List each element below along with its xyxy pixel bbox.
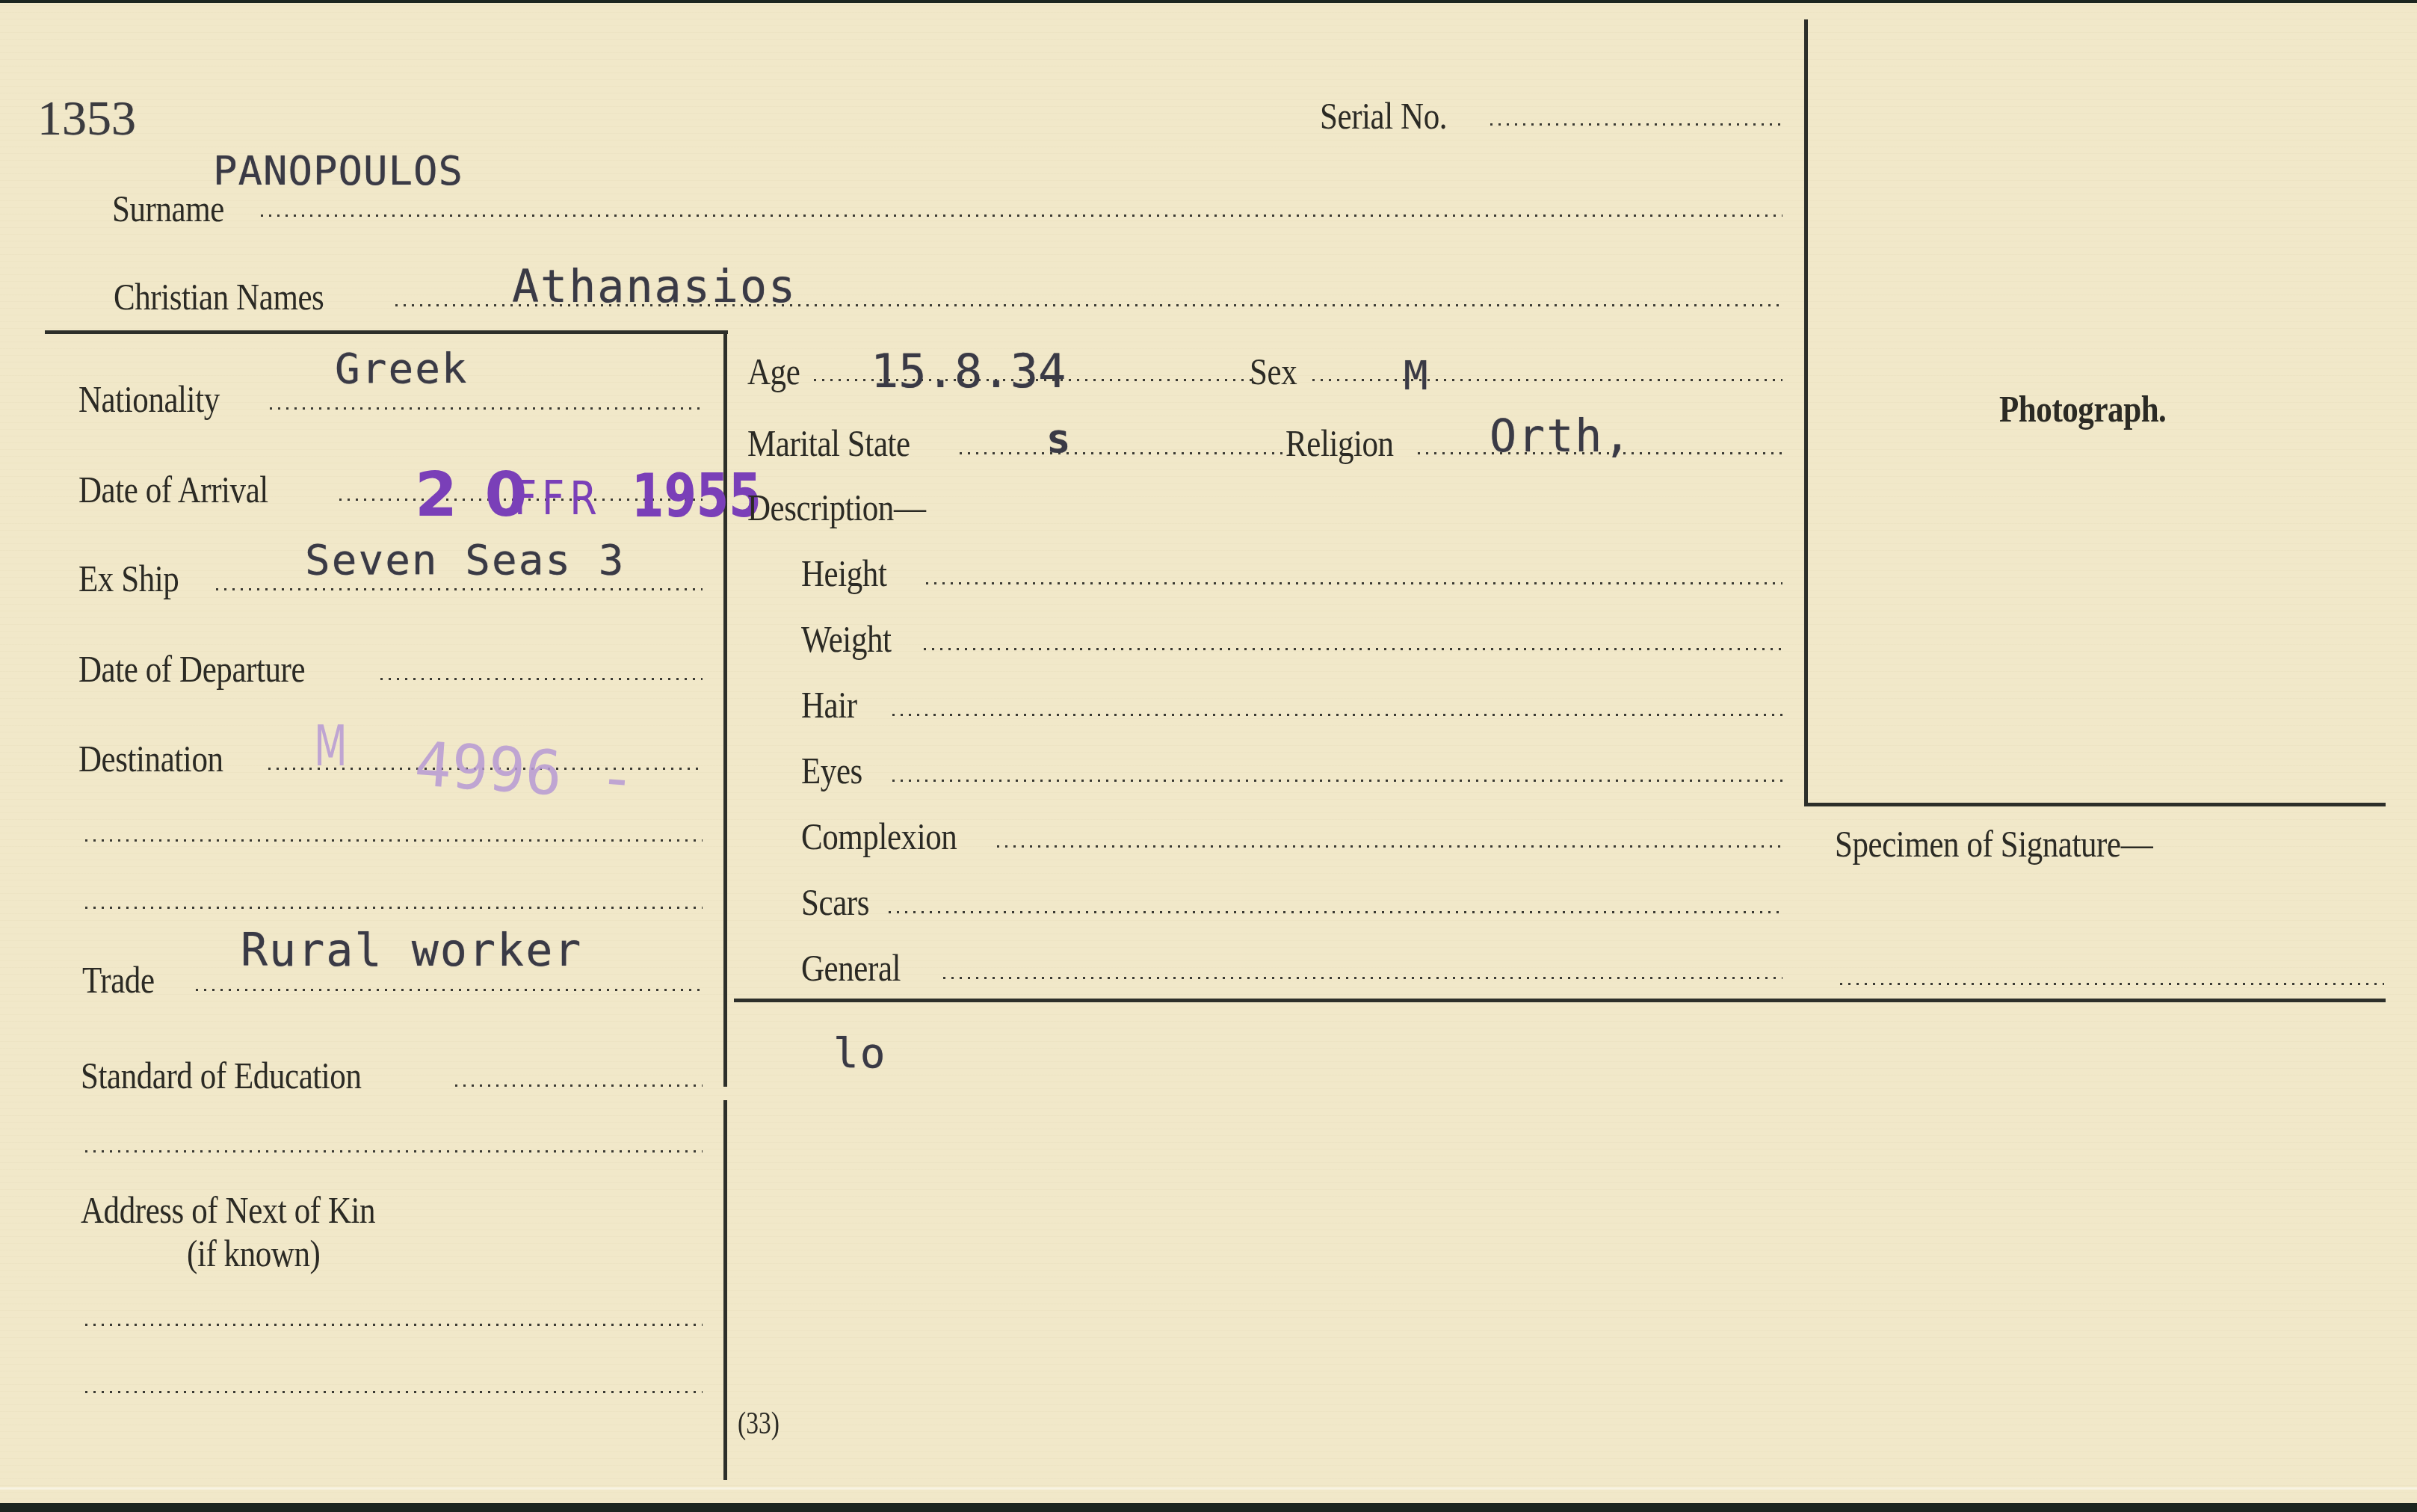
date-of-departure-label: Date of Departure [78, 650, 305, 688]
photo-box-divider [1804, 19, 1808, 806]
sex-field[interactable] [1309, 378, 1782, 382]
christian-names-label: Christian Names [114, 278, 324, 315]
date-of-departure-field[interactable] [377, 677, 703, 681]
photo-box-bottom-rule [1804, 803, 2386, 806]
sex-label: Sex [1250, 353, 1297, 390]
scan-border [0, 1503, 2417, 1512]
serial-no-label: Serial No. [1320, 97, 1447, 135]
nationality-label: Nationality [78, 380, 220, 418]
trade-label: Trade [82, 961, 155, 999]
age-label: Age [747, 353, 800, 390]
surname-label: Surname [112, 190, 224, 227]
arrival-stamp-day: 2 0 [415, 465, 531, 526]
description-label: Description— [747, 489, 925, 526]
weight-label: Weight [801, 620, 892, 658]
signature-field[interactable] [1837, 982, 2384, 986]
religion-label: Religion [1285, 425, 1394, 462]
destination-stamp-value: 4996 - [413, 734, 638, 810]
destination-stamp-prefix: M [314, 719, 348, 774]
scars-label: Scars [801, 883, 869, 921]
nationality-value: Greek [335, 348, 469, 390]
arrival-stamp-month: FFR [514, 475, 602, 522]
destination-field-line-3[interactable] [82, 906, 703, 910]
card-bottom-edge [0, 1487, 2417, 1490]
main-horizontal-rule [734, 999, 2386, 1002]
eyes-field[interactable] [889, 779, 1782, 783]
religion-value: Orth, [1490, 414, 1632, 459]
surname-value: PANOPOULOS [213, 151, 463, 191]
standard-of-education-field[interactable] [452, 1084, 703, 1087]
serial-no-field[interactable] [1487, 123, 1782, 126]
next-of-kin-field-line-1[interactable] [82, 1323, 703, 1327]
general-field[interactable] [940, 976, 1782, 980]
height-field[interactable] [923, 581, 1782, 585]
christian-names-value: Athanasios [512, 265, 797, 309]
christian-names-field[interactable] [392, 303, 1782, 307]
nationality-field[interactable] [267, 407, 702, 410]
card-number: 1353 [37, 94, 136, 144]
note-value: lo [833, 1033, 886, 1075]
trade-value: Rural worker [241, 928, 582, 973]
scars-field[interactable] [886, 910, 1782, 914]
hair-field[interactable] [889, 713, 1782, 717]
arrival-stamp-year: 1955 [632, 466, 762, 526]
surname-field[interactable] [258, 214, 1782, 217]
complexion-field[interactable] [994, 845, 1782, 848]
photograph-label: Photograph. [1999, 390, 2166, 428]
age-value: 15.8.34 [871, 348, 1066, 395]
signature-label: Specimen of Signature— [1835, 825, 2152, 863]
height-label: Height [801, 555, 886, 592]
registration-card: 1353 Serial No. PANOPOULOS Surname Chris… [0, 3, 2417, 1506]
ex-ship-label: Ex Ship [78, 560, 179, 597]
complexion-label: Complexion [801, 818, 957, 855]
hair-label: Hair [801, 686, 857, 723]
left-column-divider [723, 330, 727, 1087]
ex-ship-value: Seven Seas 3 [305, 540, 626, 581]
next-of-kin-label: Address of Next of Kin [81, 1191, 375, 1229]
destination-field-line-2[interactable] [82, 839, 703, 842]
next-of-kin-field-line-2[interactable] [82, 1390, 703, 1394]
standard-of-education-label: Standard of Education [81, 1057, 361, 1094]
next-of-kin-sublabel: (if known) [187, 1235, 320, 1272]
ex-ship-field[interactable] [213, 587, 703, 591]
left-column-divider-lower [723, 1100, 727, 1480]
form-number: (33) [738, 1408, 780, 1440]
weight-field[interactable] [921, 647, 1782, 651]
standard-of-education-field-line-2[interactable] [82, 1150, 703, 1153]
marital-state-value: s [1046, 419, 1072, 459]
eyes-label: Eyes [801, 752, 862, 789]
trade-field[interactable] [193, 988, 703, 992]
general-label: General [801, 949, 901, 987]
sex-value: M [1404, 356, 1430, 396]
marital-state-label: Marital State [747, 425, 910, 462]
marital-state-field[interactable] [957, 451, 1285, 455]
date-of-arrival-label: Date of Arrival [78, 471, 268, 508]
left-top-rule [45, 330, 728, 334]
destination-label: Destination [78, 740, 223, 777]
